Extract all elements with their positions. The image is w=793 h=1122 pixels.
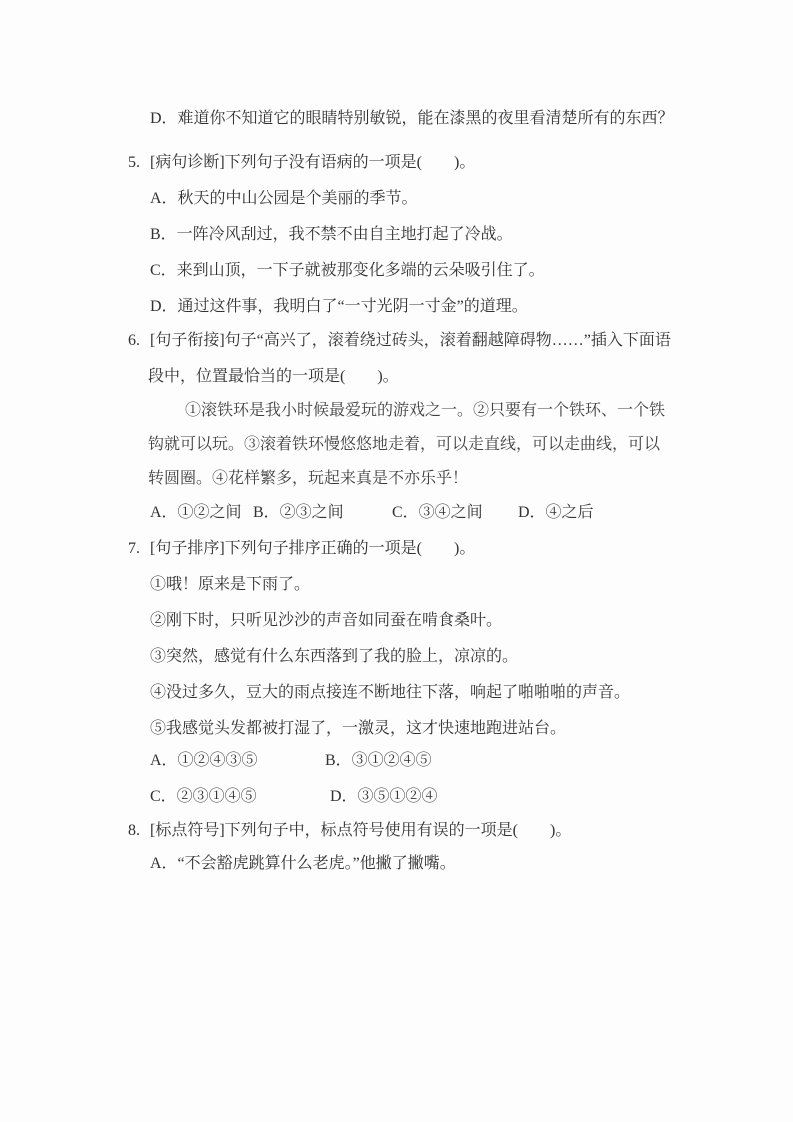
question-7-sentence-3: ③突然，感觉有什么东西落到了我的脸上，凉凉的。	[150, 646, 518, 668]
question-6-passage-line-1: ①滚铁环是我小时候最爱玩的游戏之一。②只要有一个铁环、一个铁	[185, 400, 665, 422]
question-7-option-a: A．①②④③⑤	[150, 750, 258, 772]
question-7-option-d: D．③⑤①②④	[330, 786, 438, 808]
question-8-number: 8.	[128, 820, 140, 842]
question-7-sentence-1: ①哦！原来是下雨了。	[150, 574, 310, 596]
question-5-option-b: B．一阵冷风刮过，我不禁不由自主地打起了冷战。	[150, 224, 513, 246]
question-6-option-b: B．②③之间	[253, 502, 344, 524]
question-6-number: 6.	[128, 330, 140, 352]
question-6-option-d: D．④之后	[518, 502, 594, 524]
question-7-sentence-5: ⑤我感觉头发都被打湿了，一激灵，这才快速地跑进站台。	[150, 718, 566, 740]
question-6-stem-line-2: 段中，位置最恰当的一项是( )。	[148, 366, 399, 388]
question-8-option-a: A．“不会豁虎跳算什么老虎。”他撇了撇嘴。	[150, 853, 456, 875]
question-6-option-c: C．③④之间	[392, 502, 483, 524]
question-5-number: 5.	[128, 152, 140, 174]
question-7-sentence-4: ④没过多久，豆大的雨点接连不断地往下落，响起了啪啪啪的声音。	[150, 682, 630, 704]
question-7-option-c: C．②③①④⑤	[150, 786, 257, 808]
question-7-sentence-2: ②刚下时，只听见沙沙的声音如同蚕在啃食桑叶。	[150, 610, 502, 632]
question-6-stem-line-1: [句子衔接]句子“高兴了，滚着绕过砖头，滚着翻越障碍物……”插入下面语	[150, 330, 671, 352]
exam-page: D．难道你不知道它的眼睛特别敏锐，能在漆黑的夜里看清楚所有的东西？ 5. [病句…	[0, 0, 793, 1122]
question-5-option-d: D．通过这件事，我明白了“一寸光阴一寸金”的道理。	[150, 296, 528, 318]
question-5-option-c: C．来到山顶，一下子就被那变化多端的云朵吸引住了。	[150, 260, 545, 282]
question-6-option-a: A．①②之间	[150, 502, 242, 524]
question-7-stem: [句子排序]下列句子排序正确的一项是( )。	[150, 538, 475, 560]
question-6-passage-line-2: 钩就可以玩。③滚着铁环慢悠悠地走着，可以走直线，可以走曲线，可以	[148, 434, 660, 456]
question-5-option-a: A．秋天的中山公园是个美丽的季节。	[150, 188, 418, 210]
question-7-option-b: B．③①②④⑤	[325, 750, 432, 772]
question-8-stem: [标点符号]下列句子中，标点符号使用有误的一项是( )。	[150, 820, 571, 842]
question-4-option-d: D．难道你不知道它的眼睛特别敏锐，能在漆黑的夜里看清楚所有的东西？	[150, 108, 674, 130]
question-5-stem: [病句诊断]下列句子没有语病的一项是( )。	[150, 152, 475, 174]
question-7-number: 7.	[128, 538, 140, 560]
question-6-passage-line-3: 转圆圈。④花样繁多，玩起来真是不亦乐乎！	[148, 468, 468, 490]
